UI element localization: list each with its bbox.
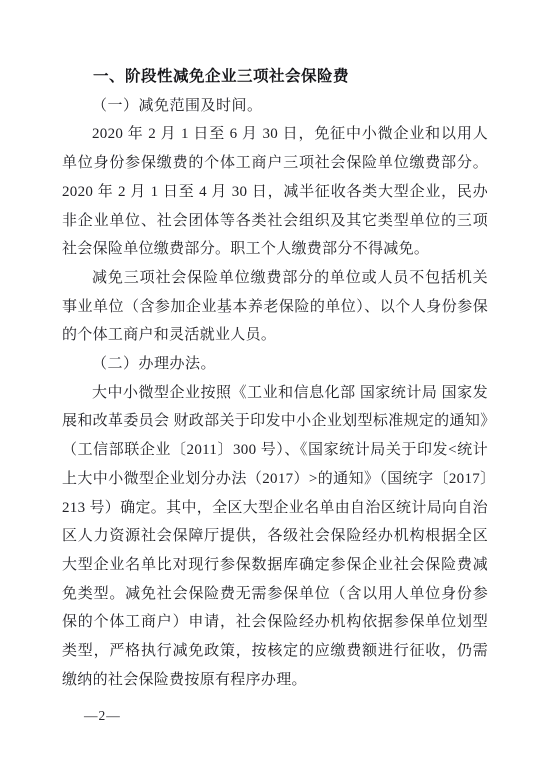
document-body: 一、阶段性减免企业三项社会保险费 （一）减免范围及时间。 2020 年 2 月 …	[62, 63, 488, 694]
subsection-1-heading: （一）减免范围及时间。	[62, 92, 488, 121]
page-number: —2—	[84, 707, 121, 725]
document-page: 一、阶段性减免企业三项社会保险费 （一）减免范围及时间。 2020 年 2 月 …	[0, 0, 542, 771]
subsection-1-paragraph-1: 2020 年 2 月 1 日至 6 月 30 日，免征中小微企业和以用人单位身份…	[62, 120, 488, 264]
subsection-1-paragraph-2: 减免三项社会保险单位缴费部分的单位或人员不包括机关事业单位（含参加企业基本养老保…	[62, 264, 488, 350]
subsection-2-paragraph-1: 大中小微型企业按照《工业和信息化部 国家统计局 国家发展和改革委员会 财政部关于…	[62, 379, 488, 695]
subsection-2-heading: （二）办理办法。	[62, 350, 488, 379]
section-heading: 一、阶段性减免企业三项社会保险费	[62, 63, 488, 92]
